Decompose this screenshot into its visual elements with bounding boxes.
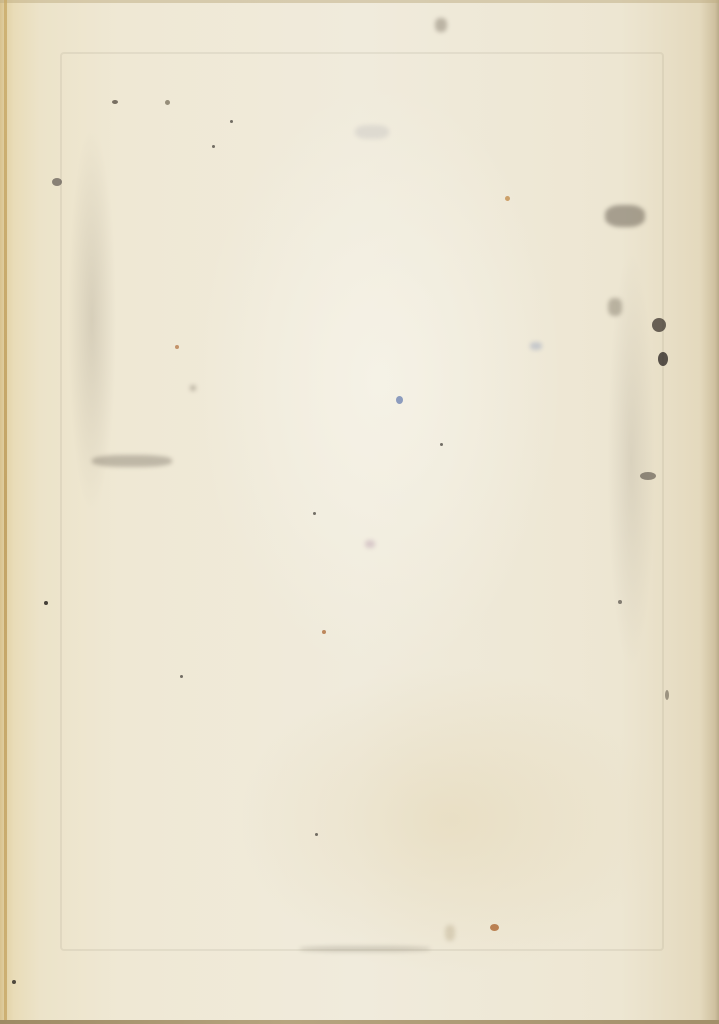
foxing-spot [658,352,668,366]
ink-smudge [365,540,375,548]
ink-smudge [300,946,430,952]
foxing-spot [212,145,215,148]
ink-smudge [605,205,645,227]
right-margin-offset-ink [596,180,666,740]
foxing-spot [618,600,622,604]
vellum-page [0,0,719,1024]
ink-smudge [435,18,447,32]
foxing-spot [175,345,179,349]
foxing-spot [505,196,510,201]
foxing-spot [112,100,118,104]
foxing-spot [313,512,316,515]
ink-smudge [445,925,455,941]
foxing-spot [322,630,326,634]
foxing-spot [396,396,403,404]
foxing-spot [640,472,656,480]
foxing-spot [180,675,183,678]
foxing-spot [44,601,48,605]
page-bottom-edge [0,1020,719,1024]
foxing-spot [12,980,16,984]
foxing-spot [230,120,233,123]
ink-smudge [530,342,542,350]
ink-smudge [190,385,196,391]
foxing-spot [315,833,318,836]
foxing-spot [52,178,62,186]
gutter-edge [4,0,7,1024]
ink-smudge [608,298,622,316]
foxing-spot [652,318,666,332]
left-margin-offset-ink [62,60,122,580]
foxing-spot [165,100,170,105]
ink-smudge [355,125,389,139]
ghost-text-frame [60,52,664,951]
foxing-spot [490,924,499,931]
foxing-spot [665,690,669,700]
ink-smudge [92,455,172,467]
page-top-edge [0,0,719,3]
foxing-spot [440,443,443,446]
